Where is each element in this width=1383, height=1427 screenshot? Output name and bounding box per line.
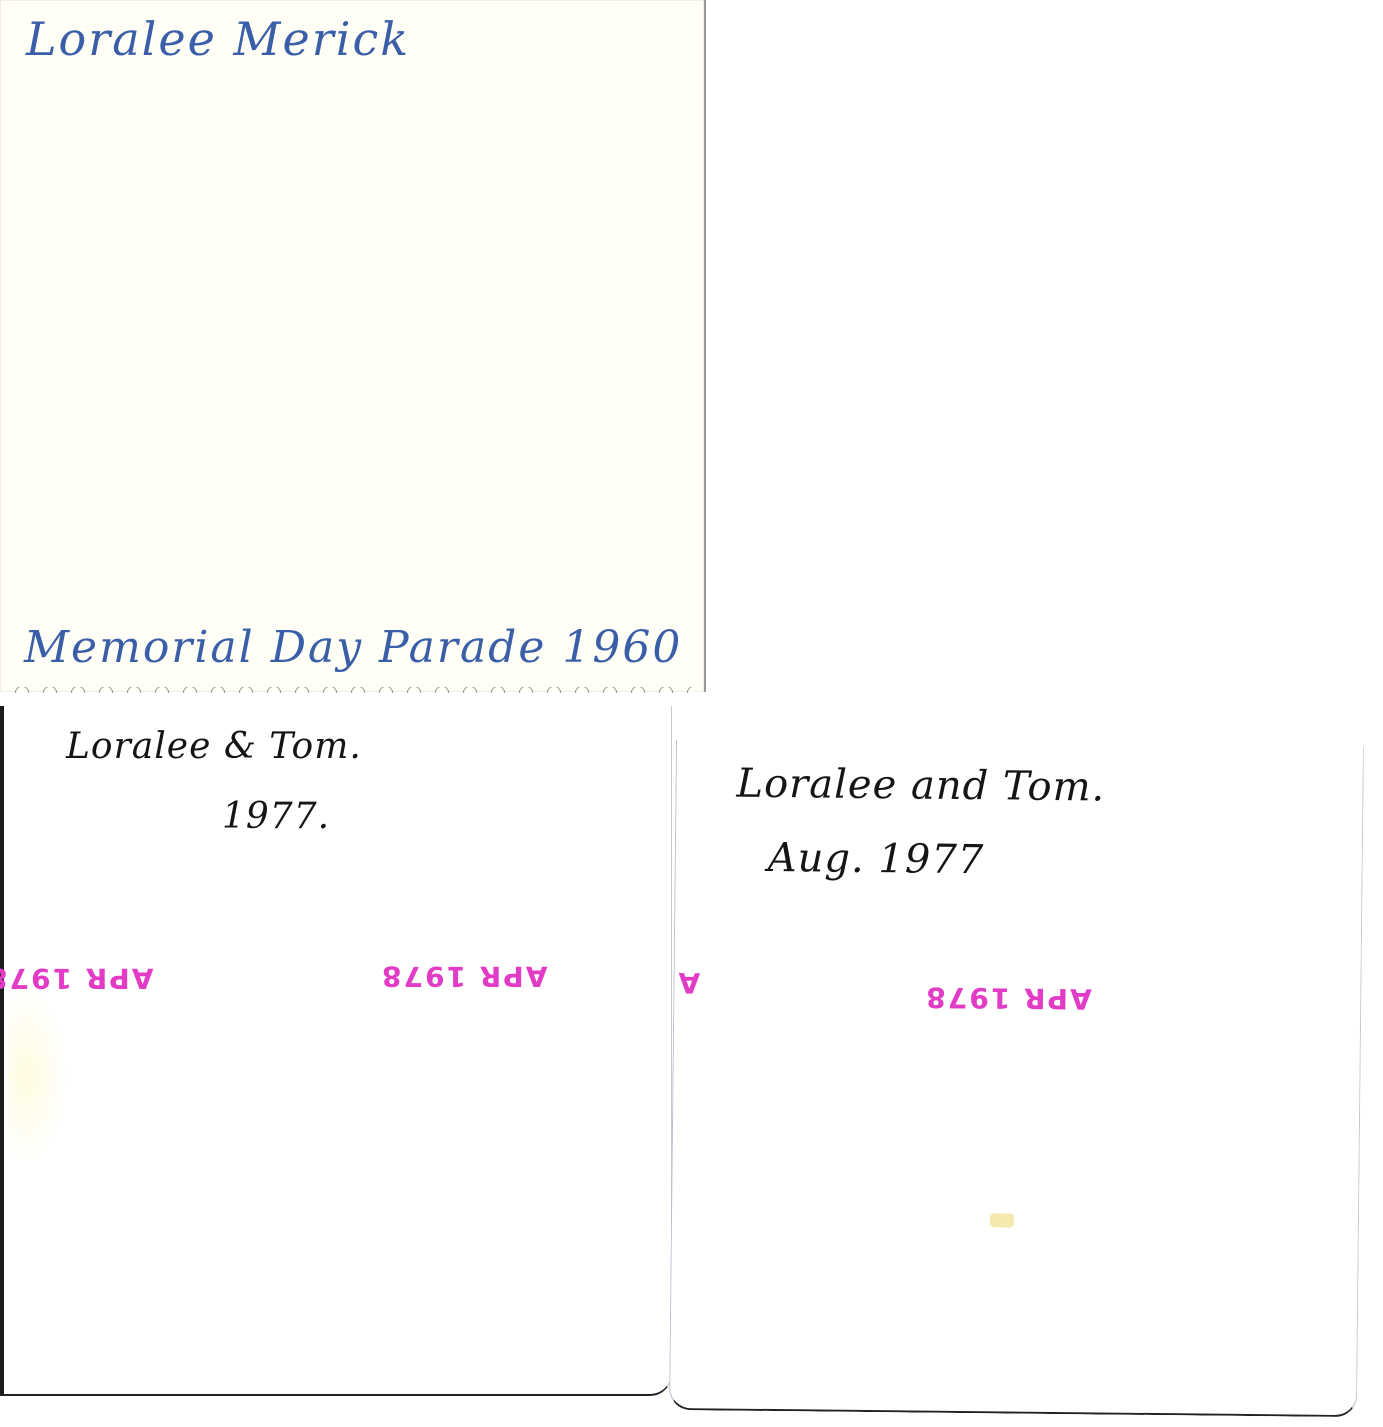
event-caption: Memorial Day Parade 1960 bbox=[24, 622, 682, 673]
caption-line-2: Aug. 1977 bbox=[768, 835, 985, 883]
name-caption: Loralee Merick bbox=[26, 12, 410, 66]
paper-discoloration bbox=[8, 986, 68, 1166]
caption-line-1: Loralee & Tom. bbox=[66, 726, 362, 767]
date-stamp: APR 1978 bbox=[924, 981, 1092, 1016]
paper-stain bbox=[990, 1213, 1014, 1227]
photo-back-bottom-left: Loralee & Tom. 1977. APR 1978 APR 1978 bbox=[0, 706, 672, 1396]
deckled-edge-outline bbox=[8, 687, 694, 693]
date-stamp: APR 1978 bbox=[380, 960, 547, 993]
date-stamp-partial: A bbox=[676, 966, 700, 999]
date-stamp: APR 1978 bbox=[0, 962, 153, 995]
caption-line-2: 1977. bbox=[222, 796, 330, 837]
caption-line-1: Loralee and Tom. bbox=[736, 761, 1105, 811]
photo-back-bottom-right: Loralee and Tom. Aug. 1977 A APR 1978 bbox=[669, 740, 1364, 1417]
photo-back-top: Loralee Merick Memorial Day Parade 1960 bbox=[0, 0, 706, 692]
